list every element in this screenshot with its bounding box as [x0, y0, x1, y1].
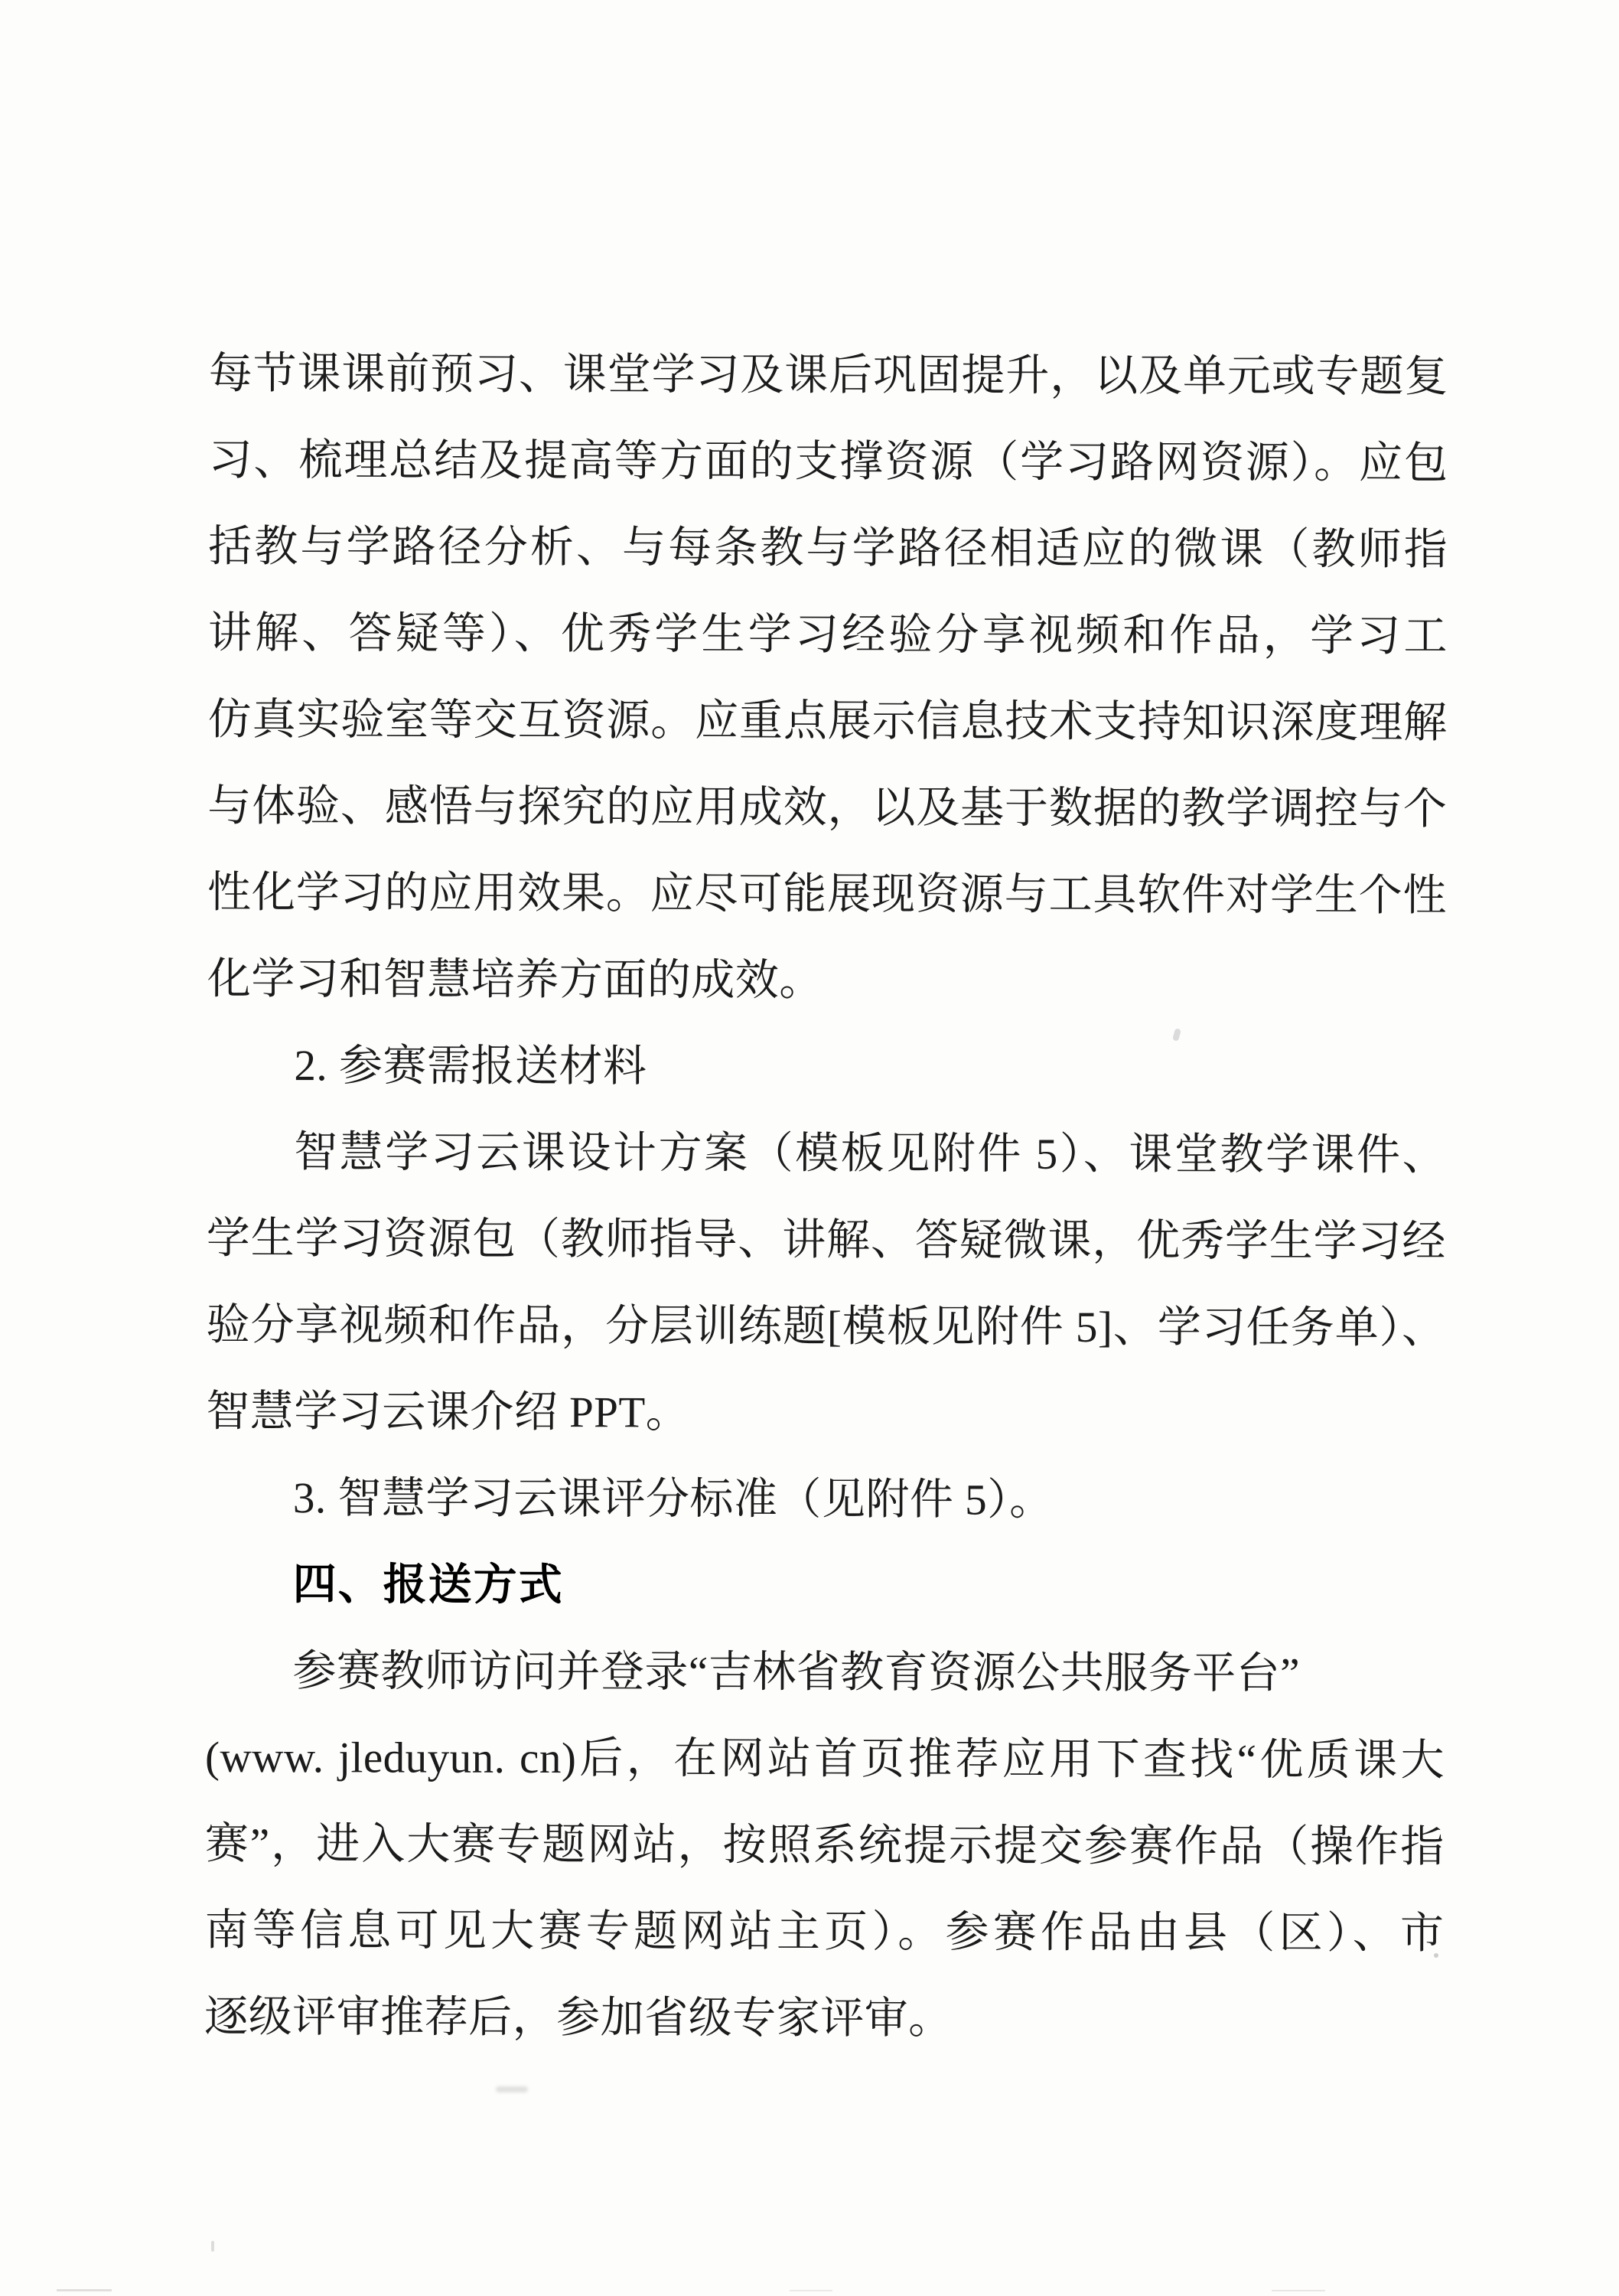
text-line-10: 智慧学习云课设计方案（模板见附件 5）、课堂教学课件、	[207, 1109, 1446, 1199]
text-line-7: 性化学习的应用效果。应尽可能展现资源与工具软件对学生个性	[207, 850, 1447, 939]
text-line-14: 3. 智慧学习云课评分标准（见附件 5）。	[206, 1455, 1445, 1544]
text-line-2: 习、梳理总结及提高等方面的支撑资源（学习路网资源）。应包	[208, 417, 1448, 507]
document-page: 每节课课前预习、课堂学习及课后巩固提升，以及单元或专题复 习、梳理总结及提高等方…	[0, 0, 1619, 2296]
text-line-9: 2. 参赛需报送材料	[207, 1022, 1446, 1112]
text-line-3: 括教与学路径分析、与每条教与学路径相适应的微课（教师指导、	[208, 504, 1448, 593]
text-line-1: 每节课课前预习、课堂学习及课后巩固提升，以及单元或专题复	[209, 331, 1448, 420]
text-line-5: 仿真实验室等交互资源。应重点展示信息技术支持知识深度理解	[207, 677, 1447, 766]
text-line-11: 学生学习资源包（教师指导、讲解、答疑微课，优秀学生学习经	[207, 1195, 1446, 1285]
text-line-13: 智慧学习云课介绍 PPT。	[206, 1368, 1445, 1458]
scan-artifact	[496, 2086, 528, 2092]
scan-artifact	[57, 2289, 112, 2291]
text-line-4: 讲解、答疑等）、优秀学生学习经验分享视频和作品，学习工具、	[208, 590, 1448, 680]
text-line-8: 化学习和智慧培养方面的成效。	[207, 936, 1447, 1026]
text-line-19: 南等信息可见大赛专题网站主页）。参赛作品由县（区）、市（州）	[204, 1887, 1444, 1977]
text-line-18: 赛”，进入大赛专题网站，按照系统提示提交参赛作品（操作指	[205, 1801, 1445, 1890]
text-line-6: 与体验、感悟与探究的应用成效，以及基于数据的教学调控与个	[207, 763, 1447, 853]
text-line-20: 逐级评审推荐后，参加省级专家评审。	[204, 1974, 1444, 2063]
text-line-16: 参赛教师访问并登录“吉林省教育资源公共服务平台”	[205, 1628, 1445, 1717]
scan-artifact	[790, 2290, 832, 2291]
section-heading: 四、报送方式	[206, 1541, 1445, 1631]
scan-artifact	[1272, 2290, 1325, 2291]
text-line-17: (www. jleduyun. cn)后，在网站首页推荐应用下查找“优质课大	[205, 1714, 1445, 1804]
text-block: 每节课课前预习、课堂学习及课后巩固提升，以及单元或专题复 习、梳理总结及提高等方…	[204, 331, 1448, 2063]
scan-artifact	[211, 2241, 214, 2252]
text-line-12: 验分享视频和作品，分层训练题[模板见附件 5]、学习任务单）、	[206, 1282, 1445, 1371]
